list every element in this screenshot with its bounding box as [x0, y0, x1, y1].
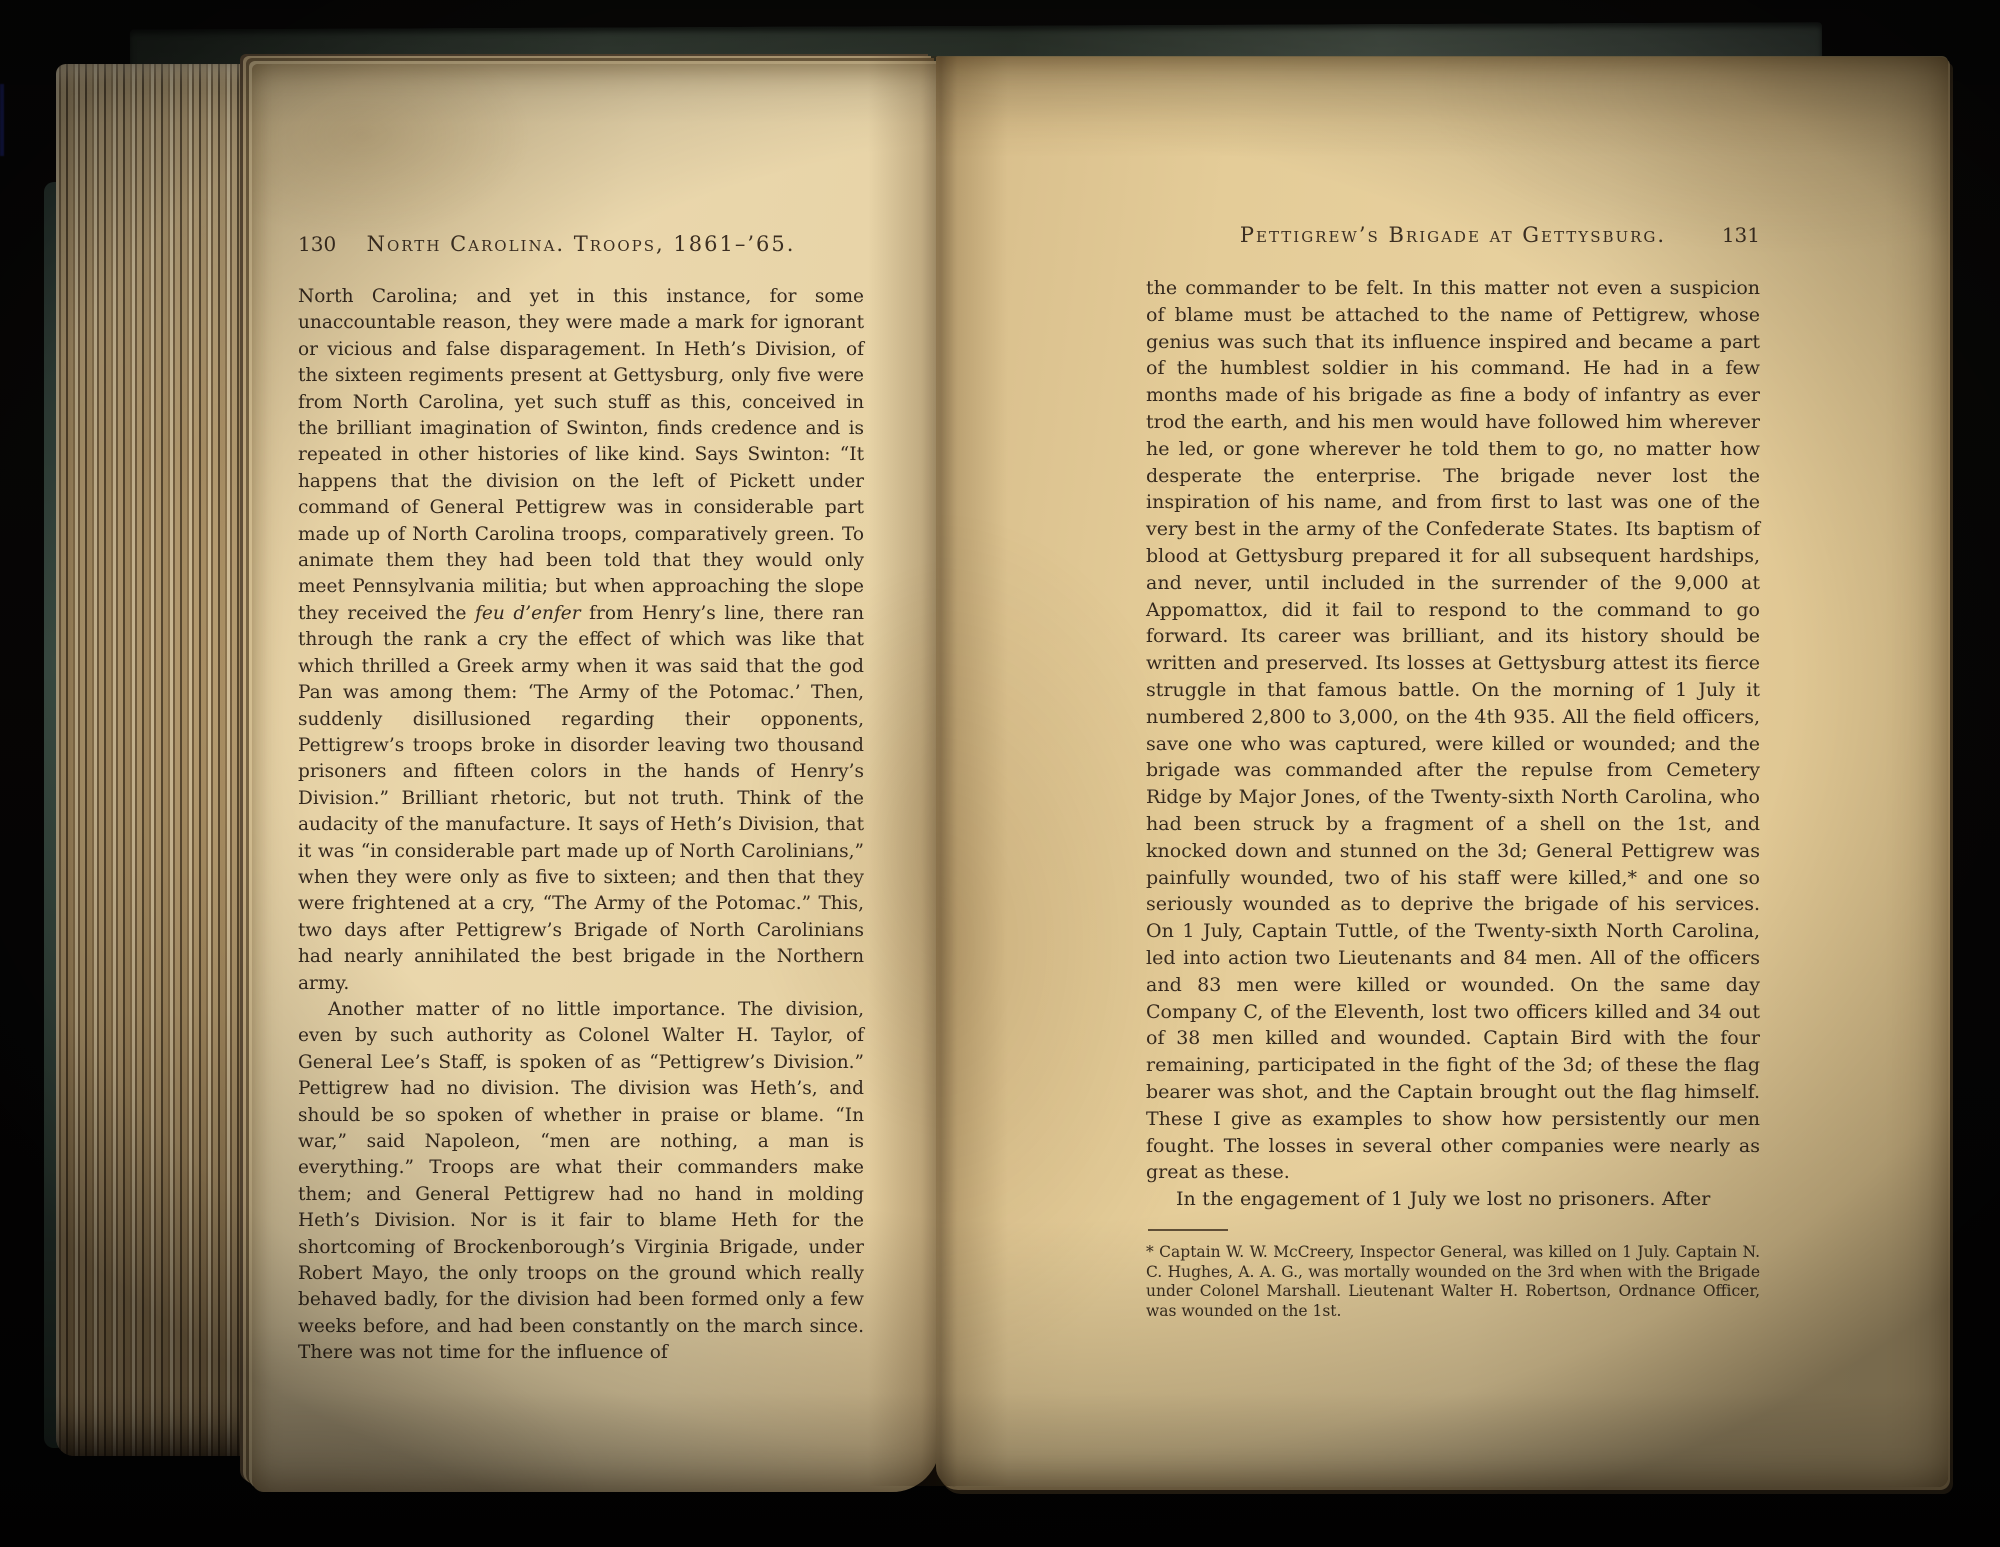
page-stack-fore-edge: [56, 64, 256, 1456]
right-page-content: Pettigrew’s Brigade at Gettysburg. 131 t…: [1146, 223, 1760, 1322]
left-paragraph-1-pre: North Carolina; and yet in this instance…: [298, 286, 864, 624]
footnote-text: * Captain W. W. McCreery, Inspector Gene…: [1146, 1243, 1760, 1322]
left-body-text: North Carolina; and yet in this instance…: [298, 284, 864, 1367]
footnote-rule: [1148, 1229, 1228, 1231]
left-page-content: 130 North Carolina. Troops, 1861–’65. No…: [298, 232, 864, 1367]
left-page: 130 North Carolina. Troops, 1861–’65. No…: [252, 64, 940, 1492]
left-paragraph-1: North Carolina; and yet in this instance…: [298, 284, 864, 997]
book-photo: ← 11 x 17 → 130 North Carolina. Troops, …: [0, 0, 2000, 1547]
right-paragraph-1: the commander to be felt. In this matter…: [1146, 275, 1760, 1186]
blue-edge-artifact: [0, 84, 4, 156]
left-paragraph-1-italic: feu d’enfer: [475, 603, 581, 624]
left-page-number: 130: [298, 232, 352, 256]
right-paragraph-2: In the engagement of 1 July we lost no p…: [1146, 1186, 1760, 1213]
right-body-text: the commander to be felt. In this matter…: [1146, 275, 1760, 1213]
left-running-header: North Carolina. Troops, 1861–’65.: [352, 232, 810, 256]
left-paragraph-2: Another matter of no little importance. …: [298, 997, 864, 1367]
left-paragraph-1-post: from Henry’s line, there ran through the…: [298, 603, 864, 994]
right-page: Pettigrew’s Brigade at Gettysburg. 131 t…: [936, 56, 1948, 1487]
right-page-number: 131: [1706, 223, 1760, 247]
right-running-header-row: Pettigrew’s Brigade at Gettysburg. 131: [1146, 223, 1760, 247]
left-running-header-row: 130 North Carolina. Troops, 1861–’65.: [298, 232, 864, 256]
right-running-header: Pettigrew’s Brigade at Gettysburg.: [1200, 223, 1706, 247]
